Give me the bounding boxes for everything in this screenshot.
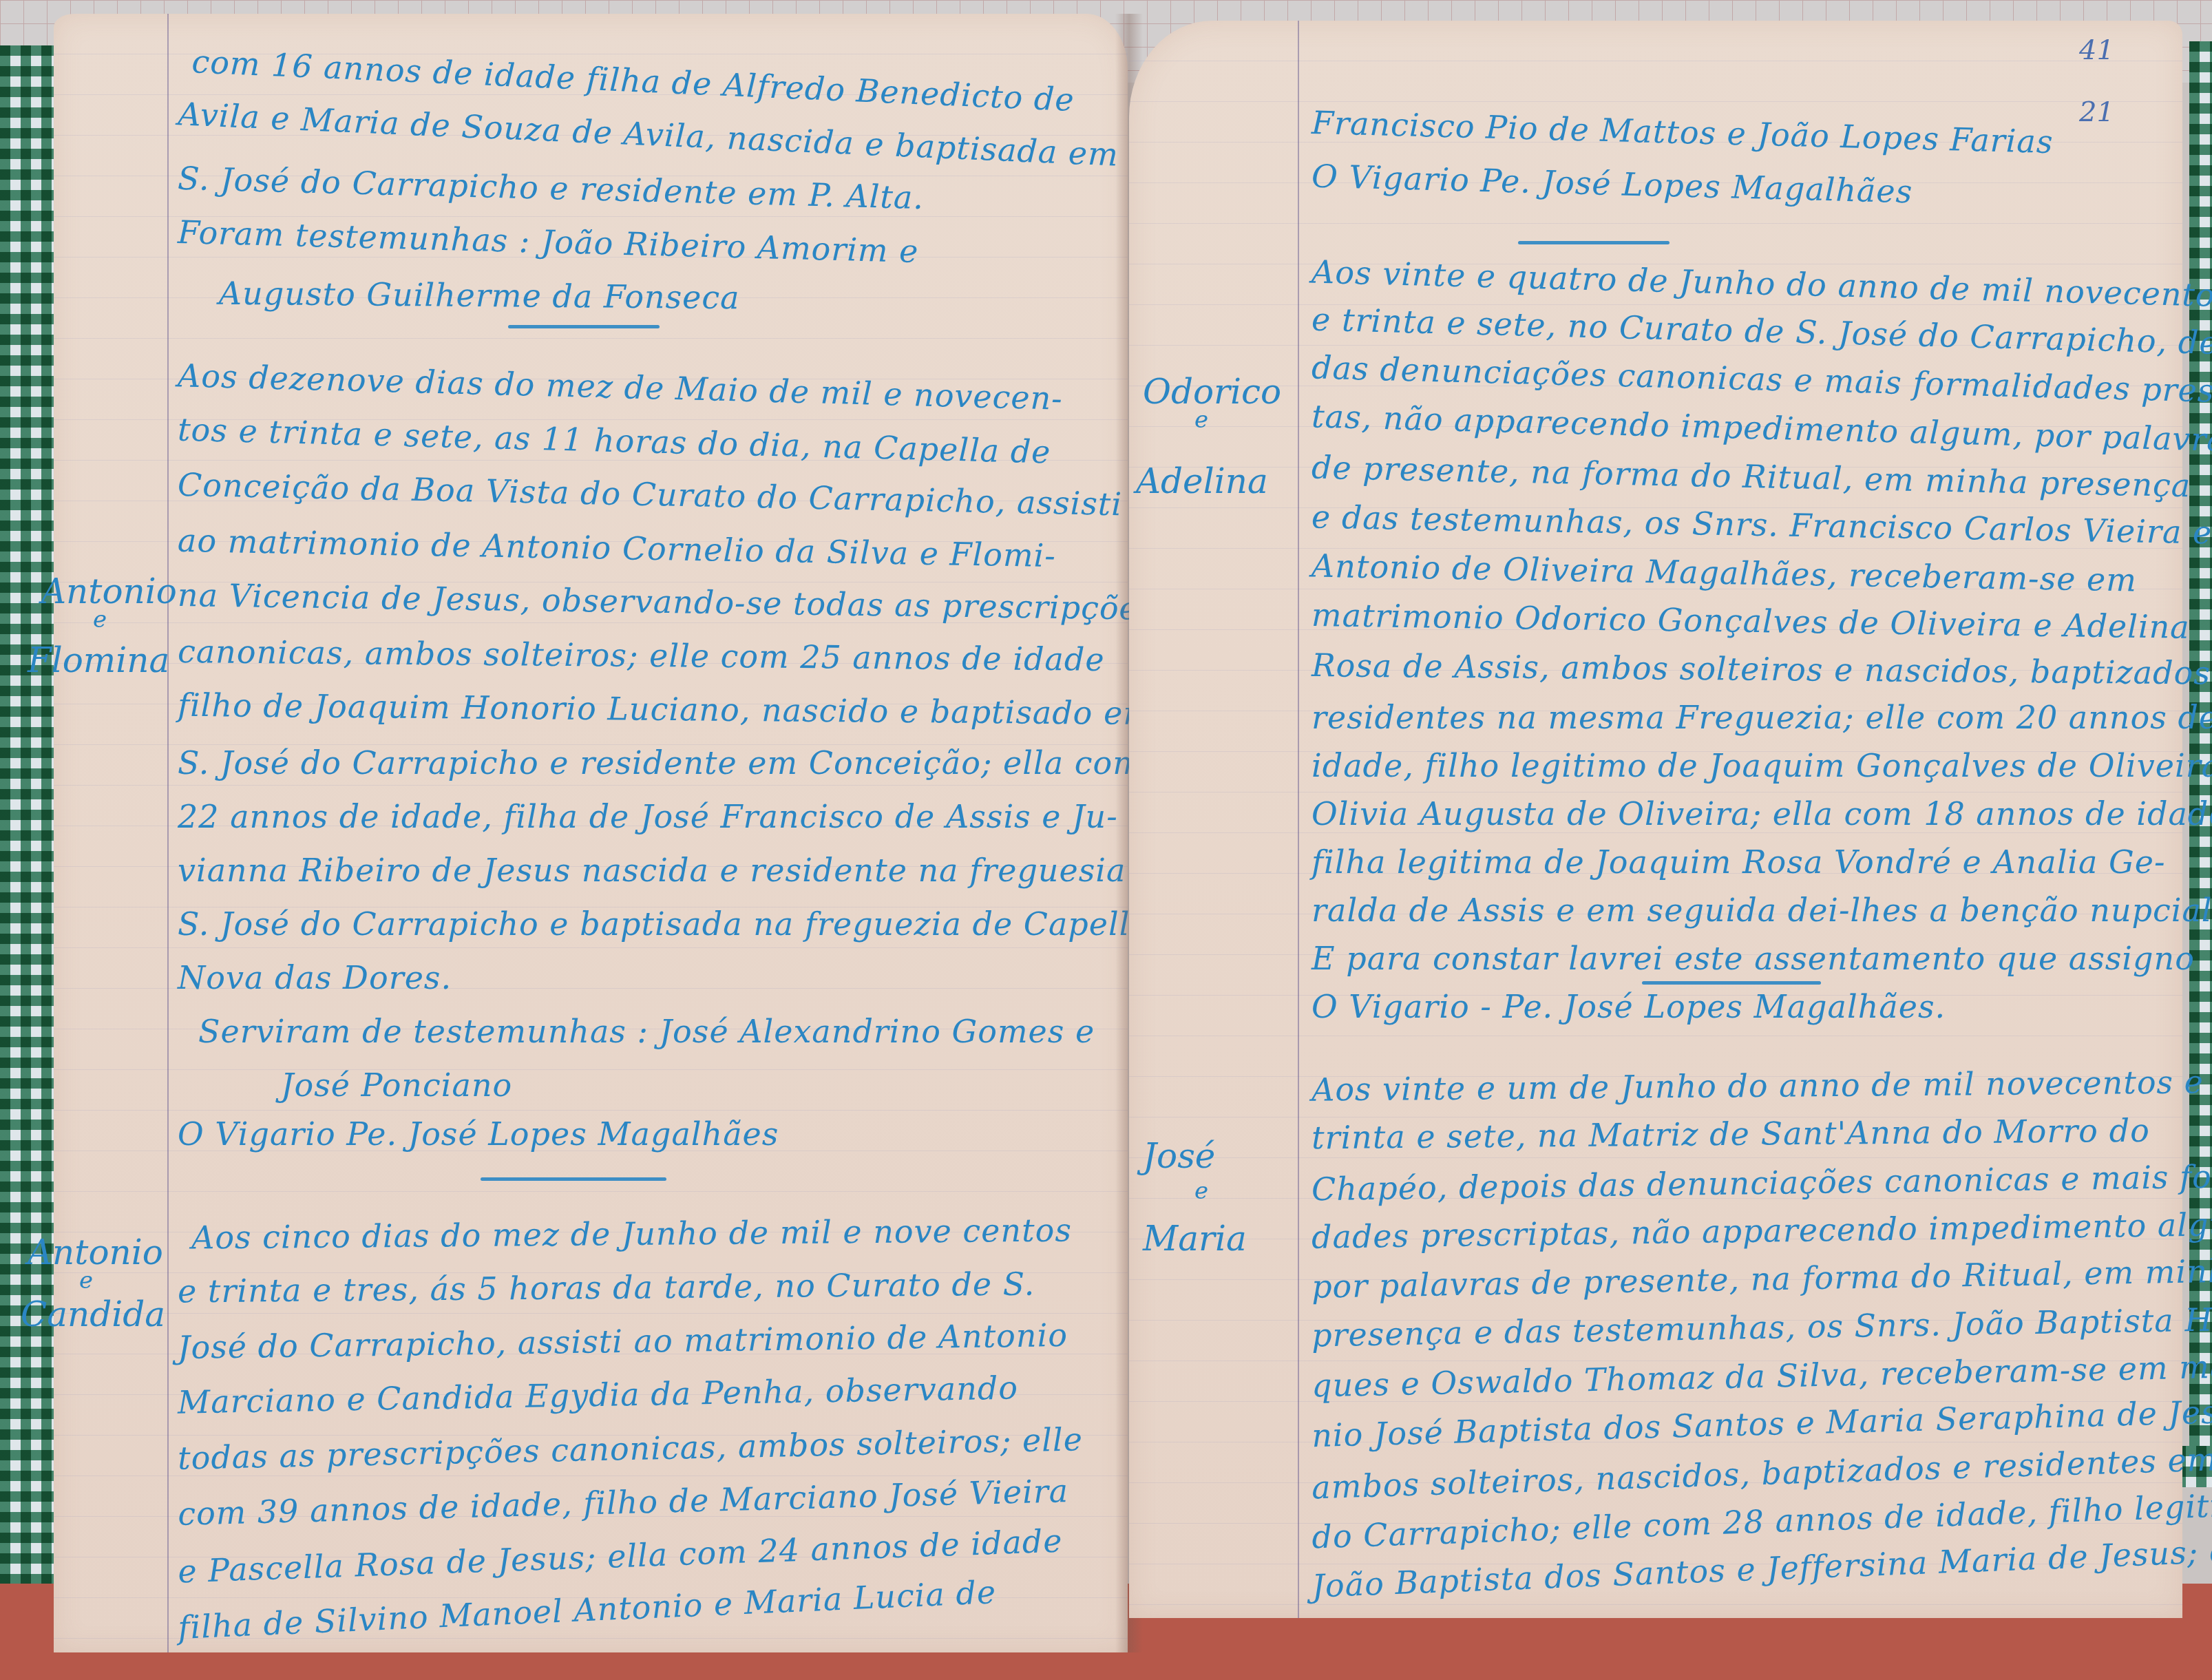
margin-name-groom: José <box>1143 1136 1215 1176</box>
text-line: 22 annos de idade, filha de José Francis… <box>178 798 1118 835</box>
text-line: filha legitima de Joaquim Rosa Vondré e … <box>1312 843 2166 881</box>
text-line: canonicas, ambos solteiros; elle com 25 … <box>178 633 1105 678</box>
text-line: presença e das testemunhas, os Snrs. Joã… <box>1312 1300 2212 1354</box>
text-line: Chapéo, depois das denunciações canonica… <box>1312 1157 2212 1208</box>
text-line: na Vicencia de Jesus, observando-se toda… <box>178 576 1156 627</box>
right-page: 41 21 Francisco Pio de Mattos e João Lop… <box>1129 21 2182 1618</box>
signature-line: O Vigario - Pe. José Lopes Magalhães. <box>1312 988 1946 1025</box>
text-line: ralda de Assis e em seguida dei-lhes a b… <box>1312 892 2212 929</box>
margin-name-groom: Odorico <box>1143 372 1281 412</box>
text-line: por palavras de presente, na forma do Ri… <box>1312 1252 2212 1305</box>
text-line: S. José do Carrapicho e baptisada na fre… <box>178 905 1150 943</box>
margin-conjunction: e <box>1194 1177 1208 1205</box>
margin-name-bride: Flomina <box>28 640 169 680</box>
folio-number: 41 <box>2079 34 2114 66</box>
text-line: Serviram de testemunhas : José Alexandri… <box>198 1013 1095 1050</box>
text-line: tos e trinta e sete, as 11 horas do dia,… <box>178 410 1052 470</box>
text-line: matrimonio Odorico Gonçalves de Oliveira… <box>1312 596 2190 646</box>
text-line: Aos cinco dias do mez de Junho de mil e … <box>191 1211 1072 1256</box>
text-line: Olivia Augusta de Oliveira; ella com 18 … <box>1312 795 2212 832</box>
text-line: dades prescriptas, não apparecendo imped… <box>1312 1205 2212 1255</box>
text-line: José do Carrapicho, assisti ao matrimoni… <box>178 1316 1068 1366</box>
text-line: Marciano e Candida Egydia da Penha, obse… <box>178 1369 1019 1420</box>
text-line: Augusto Guilherme da Fonseca <box>219 275 740 317</box>
signature-line: O Vigario Pe. José Lopes Magalhães <box>1311 158 1913 211</box>
text-line: Aos dezenove dias do mez de Maio de mil … <box>178 357 1064 417</box>
entry-divider <box>481 1177 666 1181</box>
margin-conjunction: e <box>93 606 107 633</box>
text-line: Nova das Dores. <box>178 959 452 996</box>
text-line: vianna Ribeiro de Jesus nascida e reside… <box>178 852 1177 889</box>
text-line: E para constar lavrei este assentamento … <box>1312 940 2195 977</box>
gingham-cloth-left <box>0 45 55 1680</box>
text-line: e das testemunhas, os Snrs. Francisco Ca… <box>1312 498 2212 552</box>
text-line: com 39 annos de idade, filho de Marciano… <box>178 1472 1069 1533</box>
text-line: S. José do Carrapicho e residente em Con… <box>178 744 1144 781</box>
text-line: Aos vinte e um de Junho do anno de mil n… <box>1312 1063 2204 1108</box>
margin-rule <box>167 14 169 1652</box>
text-line: idade, filho legitimo de Joaquim Gonçalv… <box>1312 747 2212 784</box>
text-line: trinta e sete, na Matriz de Sant'Anna do… <box>1312 1112 2150 1157</box>
page-number: 21 <box>2079 96 2114 128</box>
margin-name-groom: Antonio <box>28 1232 163 1272</box>
left-page: com 16 annos de idade filha de Alfredo B… <box>54 14 1128 1652</box>
margin-rule <box>1298 21 1299 1618</box>
text-line: e trinta e tres, ás 5 horas da tarde, no… <box>178 1266 1035 1310</box>
text-line: ques e Oswaldo Thomaz da Silva, recebera… <box>1312 1345 2212 1404</box>
text-line: todas as prescripções canonicas, ambos s… <box>178 1420 1084 1477</box>
entry-divider <box>1642 981 1821 985</box>
margin-name-groom: Antonio <box>41 571 177 611</box>
signature-line: O Vigario Pe. José Lopes Magalhães <box>178 1115 779 1153</box>
text-line: José Ponciano <box>281 1067 512 1104</box>
margin-conjunction: e <box>1194 406 1208 434</box>
text-line: Conceição da Boa Vista do Curato do Carr… <box>178 466 1123 523</box>
margin-name-bride: Candida <box>21 1294 165 1334</box>
margin-name-bride: Maria <box>1143 1219 1247 1259</box>
text-line: residentes na mesma Freguezia; elle com … <box>1312 699 2212 736</box>
entry-divider <box>508 325 660 328</box>
text-line: Rosa de Assis, ambos solteiros e nascido… <box>1312 647 2212 692</box>
entry-divider <box>1518 241 1669 244</box>
text-line: Foram testemunhas : João Ribeiro Amorim … <box>177 213 919 270</box>
text-line: tas, não apparecendo impedimento algum, … <box>1312 397 2212 459</box>
text-line: ao matrimonio de Antonio Cornelio da Sil… <box>178 522 1057 574</box>
text-line: filho de Joaquim Honorio Luciano, nascid… <box>178 686 1154 732</box>
margin-name-bride: Adelina <box>1136 461 1268 501</box>
text-line: Antonio de Oliveira Magalhães, receberam… <box>1312 547 2138 599</box>
text-line: de presente, na forma do Ritual, em minh… <box>1312 449 2191 505</box>
margin-conjunction: e <box>79 1267 93 1294</box>
text-line: S. José do Carrapicho e residente em P. … <box>177 160 924 216</box>
text-line: Francisco Pio de Mattos e João Lopes Far… <box>1311 104 2054 160</box>
